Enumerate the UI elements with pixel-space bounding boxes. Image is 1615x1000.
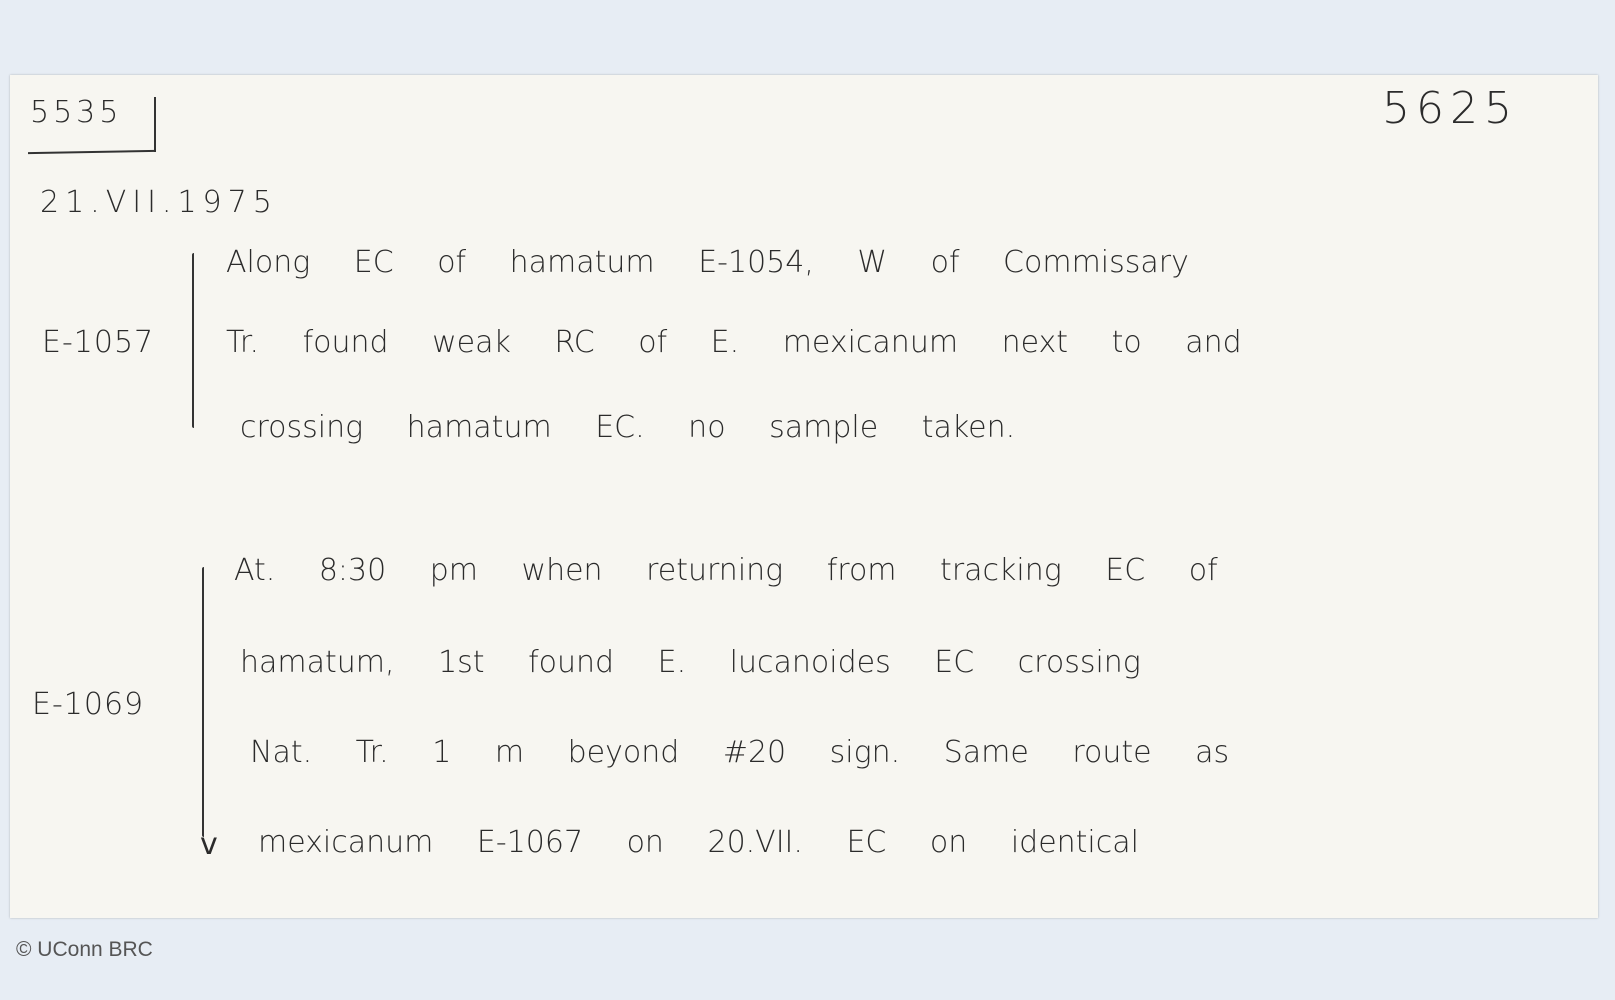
entry-id: E-1057 <box>42 325 154 360</box>
box-number: 5535 <box>30 95 122 130</box>
card-number: 5625 <box>1382 83 1518 134</box>
entry-line: At. 8:30 pm when returning from tracking… <box>234 553 1218 588</box>
entry-line: crossing hamatum EC. no sample taken. <box>240 410 1015 445</box>
entry-date: 21.VII.1975 <box>40 185 278 220</box>
entry-line: Nat. Tr. 1 m beyond #20 sign. Same route… <box>250 735 1229 770</box>
box-number-bracket <box>154 97 156 152</box>
entry-brace <box>192 253 194 428</box>
entry-line: mexicanum E-1067 on 20.VII. EC on identi… <box>258 825 1139 860</box>
box-number-arrow <box>28 150 156 154</box>
entry-line: hamatum, 1st found E. lucanoides EC cros… <box>240 645 1141 680</box>
index-card: 5535 5625 21.VII.1975 E-1057 Along EC of… <box>10 75 1598 918</box>
arrow-down-icon: v <box>200 827 218 862</box>
copyright-credit: © UConn BRC <box>16 938 153 962</box>
entry-line: Along EC of hamatum E-1054, W of Commiss… <box>226 245 1189 280</box>
entry-line: Tr. found weak RC of E. mexicanum next t… <box>226 325 1242 360</box>
entry-brace <box>202 567 204 837</box>
entry-id: E-1069 <box>32 687 144 722</box>
